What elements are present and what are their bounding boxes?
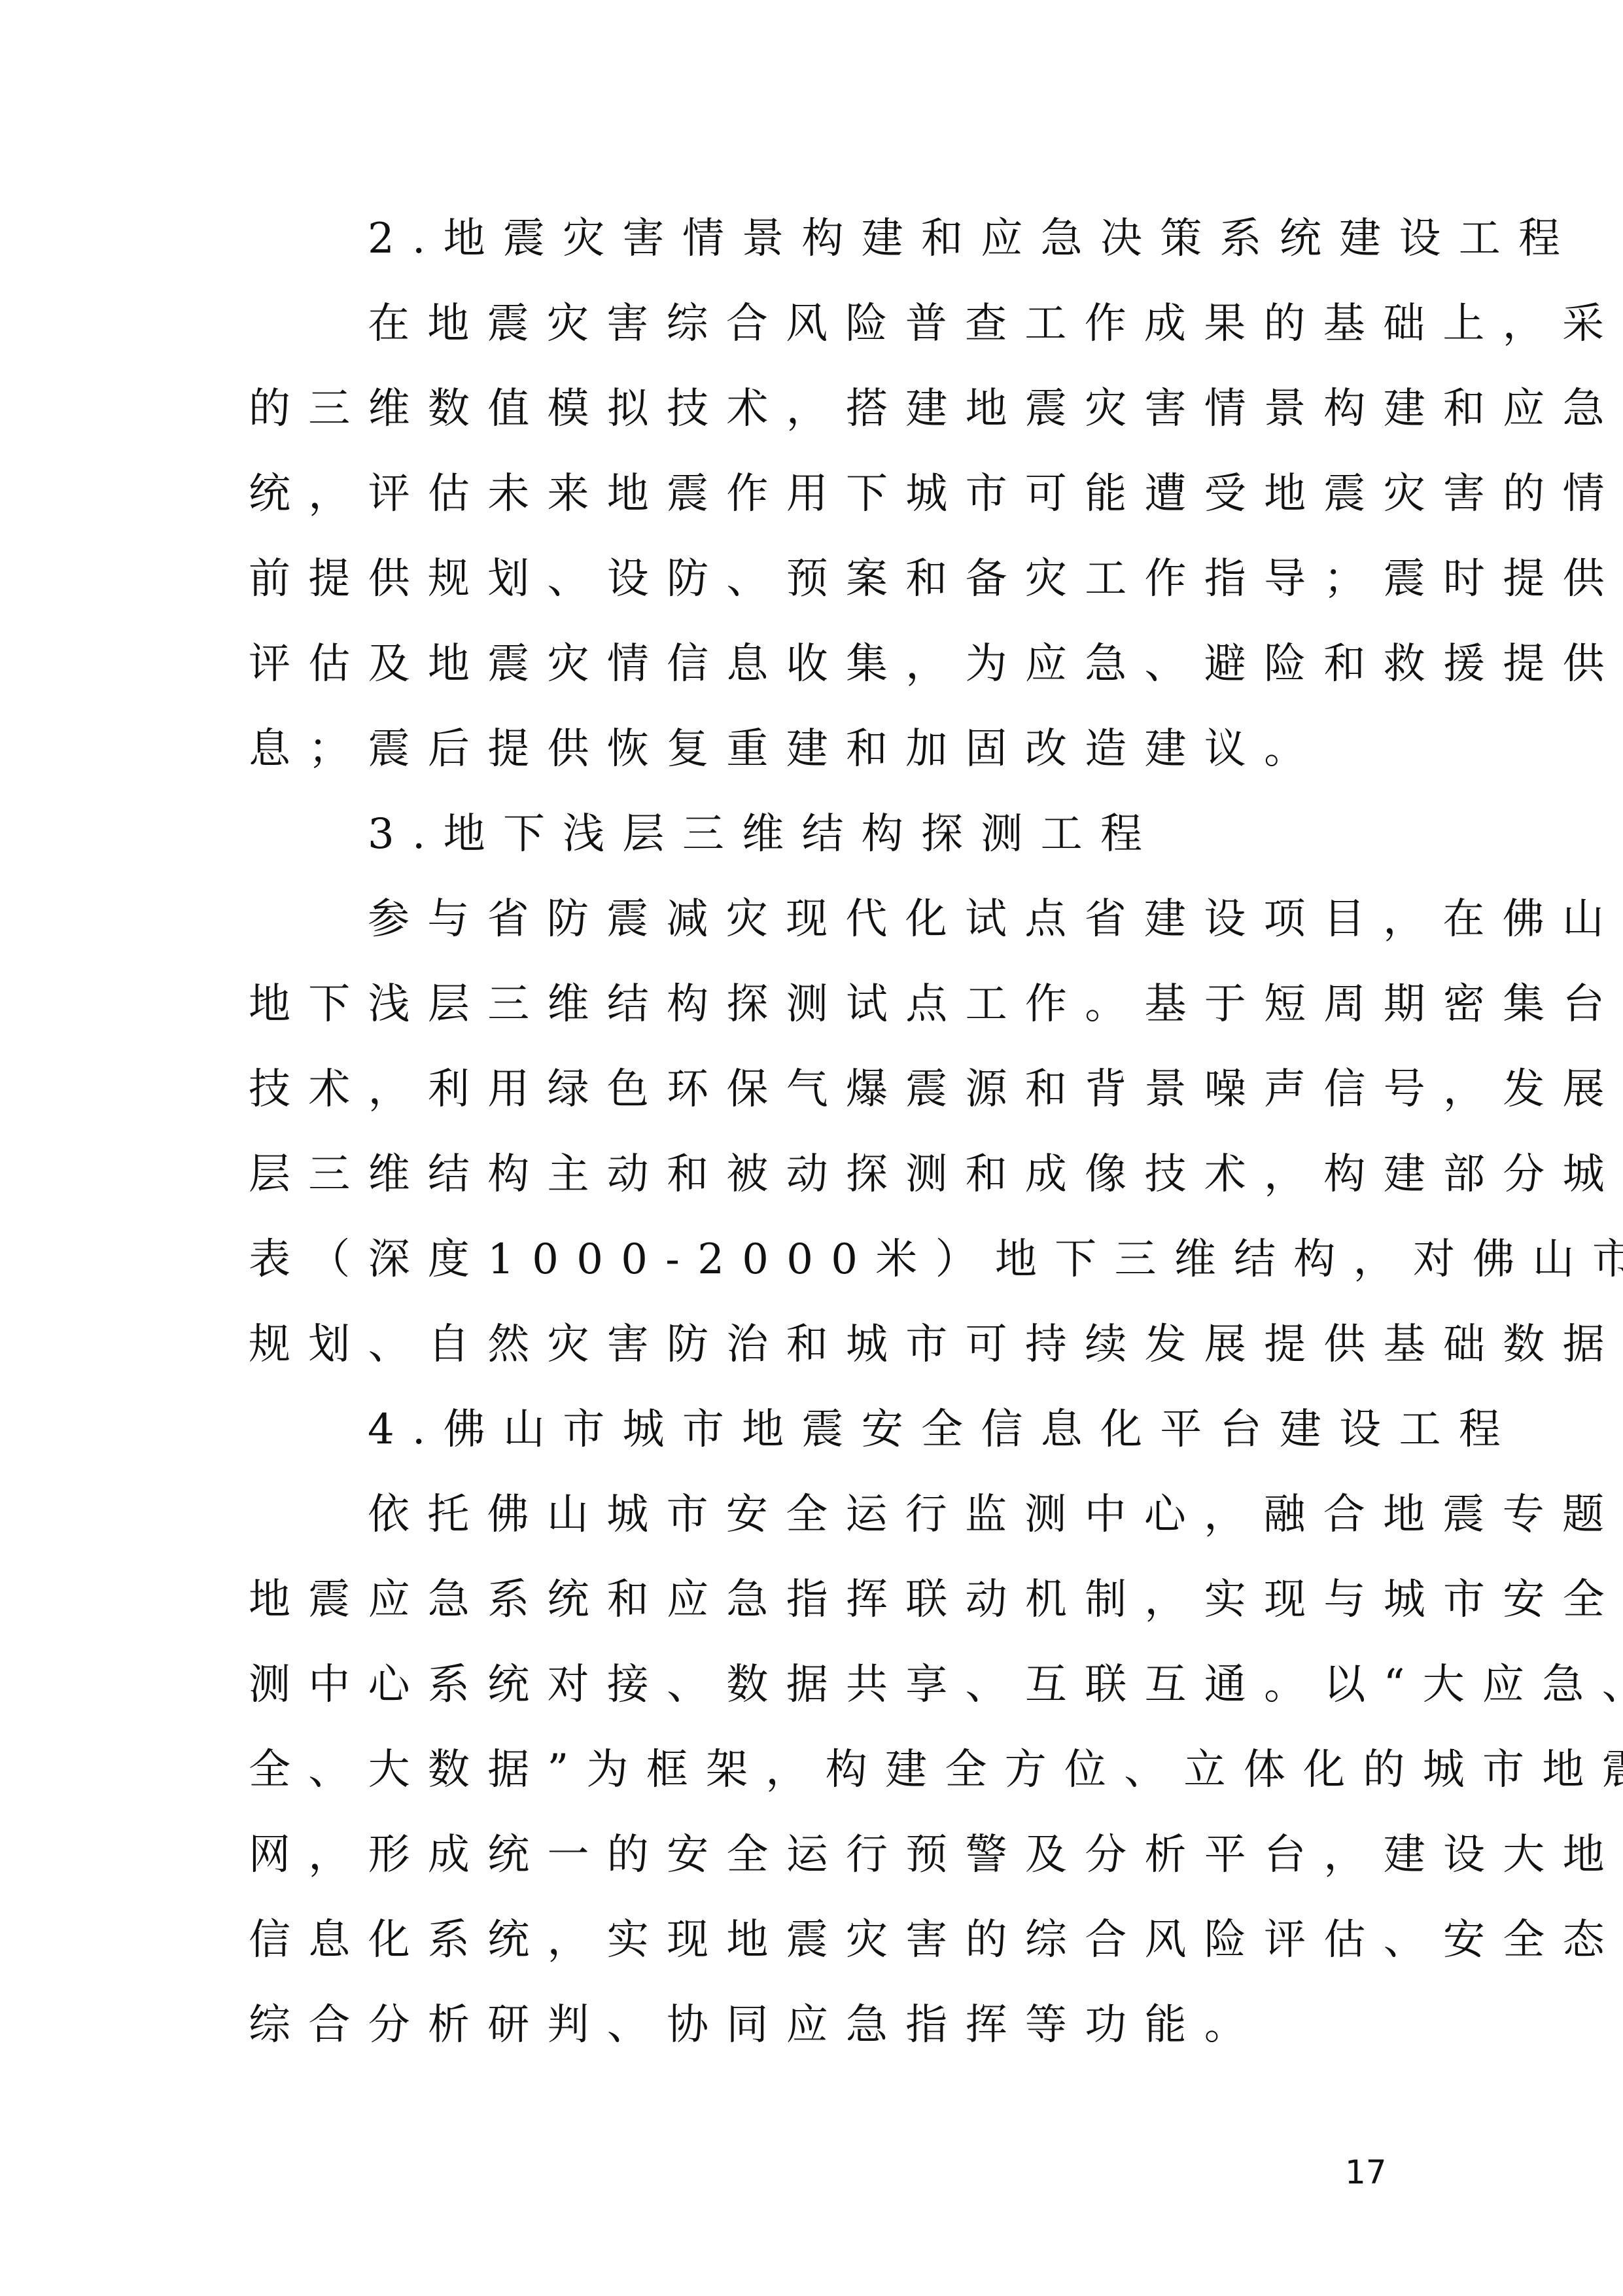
paragraph-line: 规划、自然灾害防治和城市可持续发展提供基础数据支持。 <box>249 1302 1400 1387</box>
paragraph-line: 表（深度1000-2000米）地下三维结构，对佛山市基础建设 <box>249 1217 1400 1302</box>
paragraph-line: 统，评估未来地震作用下城市可能遭受地震灾害的情景，震 <box>249 451 1400 537</box>
document-body: 2.地震灾害情景构建和应急决策系统建设工程 在地震灾害综合风险普查工作成果的基础… <box>249 196 1400 2068</box>
section-2: 2.地震灾害情景构建和应急决策系统建设工程 在地震灾害综合风险普查工作成果的基础… <box>249 196 1400 792</box>
paragraph-line: 信息化系统，实现地震灾害的综合风险评估、安全态势感知、 <box>249 1898 1400 1983</box>
section-heading: 2.地震灾害情景构建和应急决策系统建设工程 <box>249 196 1400 281</box>
paragraph-line: 综合分析研判、协同应急指挥等功能。 <box>249 1983 1400 2068</box>
paragraph-line: 地下浅层三维结构探测试点工作。基于短周期密集台阵观测 <box>249 962 1400 1047</box>
paragraph-line: 依托佛山城市安全运行监测中心，融合地震专题数据、 <box>249 1472 1400 1557</box>
paragraph-line: 评估及地震灾情信息收集，为应急、避险和救援提供决策信 <box>249 622 1400 707</box>
paragraph-line: 全、大数据”为框架，构建全方位、立体化的城市地震安全 <box>249 1727 1400 1812</box>
paragraph-line: 参与省防震减灾现代化试点省建设项目，在佛山市开展 <box>249 877 1400 962</box>
section-heading: 3.地下浅层三维结构探测工程 <box>249 792 1400 877</box>
section-4: 4.佛山市城市地震安全信息化平台建设工程 依托佛山城市安全运行监测中心，融合地震… <box>249 1387 1400 2068</box>
paragraph-line: 网，形成统一的安全运行预警及分析平台，建设大地震应急 <box>249 1812 1400 1898</box>
paragraph-line: 息；震后提供恢复重建和加固改造建议。 <box>249 707 1400 792</box>
paragraph-line: 在地震灾害综合风险普查工作成果的基础上，采用先进 <box>249 281 1400 366</box>
page-number: 17 <box>1345 2154 1387 2191</box>
paragraph-line: 地震应急系统和应急指挥联动机制，实现与城市安全运行监 <box>249 1557 1400 1642</box>
paragraph-line: 技术，利用绿色环保气爆震源和背景噪声信号，发展地下浅 <box>249 1047 1400 1132</box>
paragraph-line: 层三维结构主动和被动探测和成像技术，构建部分城区浅地 <box>249 1132 1400 1217</box>
section-3: 3.地下浅层三维结构探测工程 参与省防震减灾现代化试点省建设项目，在佛山市开展 … <box>249 792 1400 1387</box>
paragraph-line: 前提供规划、设防、预案和备灾工作指导；震时提供灾害预 <box>249 537 1400 622</box>
paragraph-line: 测中心系统对接、数据共享、互联互通。以“大应急、大安 <box>249 1642 1400 1727</box>
paragraph-line: 的三维数值模拟技术，搭建地震灾害情景构建和应急决策系 <box>249 366 1400 451</box>
section-heading: 4.佛山市城市地震安全信息化平台建设工程 <box>249 1387 1400 1472</box>
